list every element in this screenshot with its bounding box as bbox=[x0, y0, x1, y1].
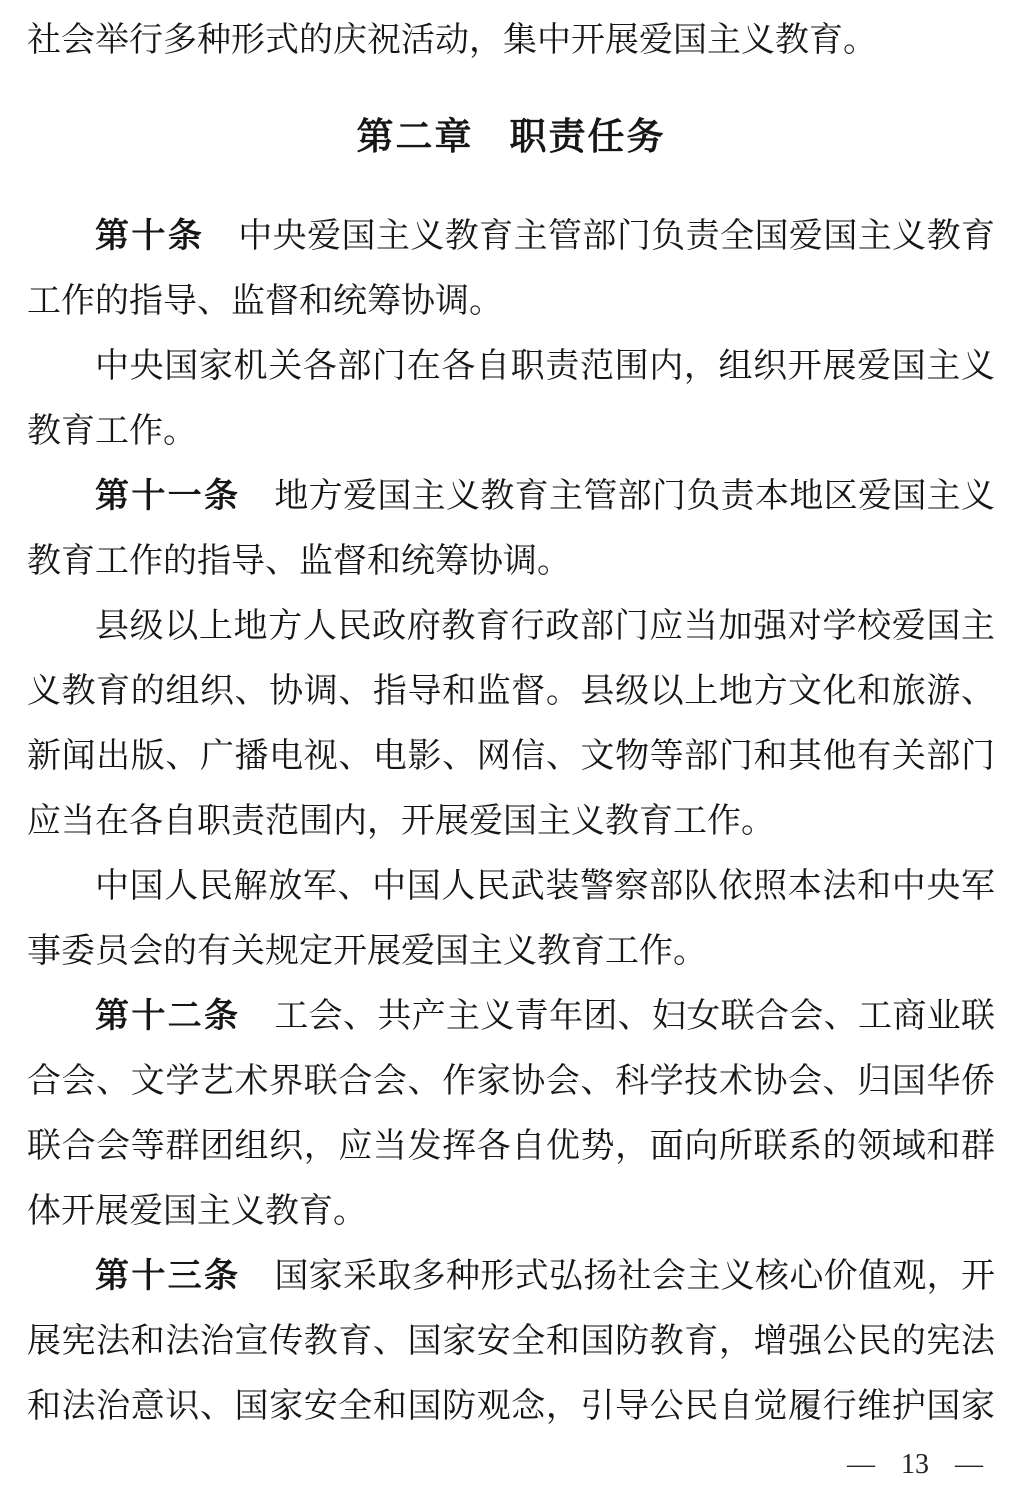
body-line: 第十三条国家采取多种形式弘扬社会主义核心价值观，开 bbox=[27, 1244, 995, 1309]
body-line: 县级以上地方人民政府教育行政部门应当加强对学校爱国主 bbox=[27, 594, 995, 659]
article-number: 第十二条 bbox=[95, 997, 240, 1035]
chapter-title: 职责任务 bbox=[510, 116, 666, 157]
body-line: 合会、文学艺术界联合会、作家协会、科学技术协会、归国华侨 bbox=[27, 1049, 995, 1114]
body-line: 教育工作的指导、监督和统筹协调。 bbox=[27, 529, 995, 594]
page-content: 社会举行多种形式的庆祝活动，集中开展爱国主义教育。 第二章职责任务 第十条中央爱… bbox=[27, 8, 995, 1439]
body-line: 新闻出版、广播电视、电影、网信、文物等部门和其他有关部门 bbox=[27, 724, 995, 789]
body-line: 和法治意识、国家安全和国防观念，引导公民自觉履行维护国家 bbox=[27, 1374, 995, 1439]
body-line: 教育工作。 bbox=[27, 399, 995, 464]
chapter-number: 第二章 bbox=[357, 116, 474, 157]
body-line: 第十条中央爱国主义教育主管部门负责全国爱国主义教育 bbox=[27, 204, 995, 269]
body-line-text: 工会、共产主义青年团、妇女联合会、工商业联 bbox=[274, 998, 995, 1035]
body-line: 工作的指导、监督和统筹协调。 bbox=[27, 269, 995, 334]
body-line: 第十一条地方爱国主义教育主管部门负责本地区爱国主义 bbox=[27, 464, 995, 529]
page-number: 13 bbox=[901, 1448, 929, 1482]
chapter-heading: 第二章职责任务 bbox=[27, 104, 995, 169]
article-number: 第十条 bbox=[95, 217, 204, 255]
footer-dash-right: — bbox=[955, 1448, 983, 1482]
document-page: 社会举行多种形式的庆祝活动，集中开展爱国主义教育。 第二章职责任务 第十条中央爱… bbox=[0, 0, 1022, 1511]
body-line: 义教育的组织、协调、指导和监督。县级以上地方文化和旅游、 bbox=[27, 659, 995, 724]
body-line: 展宪法和法治宣传教育、国家安全和国防教育，增强公民的宪法 bbox=[27, 1309, 995, 1374]
body-line-text: 地方爱国主义教育主管部门负责本地区爱国主义 bbox=[274, 478, 995, 515]
body-line: 体开展爱国主义教育。 bbox=[27, 1179, 995, 1244]
footer-dash-left: — bbox=[847, 1448, 875, 1482]
body-line: 社会举行多种形式的庆祝活动，集中开展爱国主义教育。 bbox=[27, 8, 995, 73]
body-line: 应当在各自职责范围内，开展爱国主义教育工作。 bbox=[27, 789, 995, 854]
body-line: 第十二条工会、共产主义青年团、妇女联合会、工商业联 bbox=[27, 984, 995, 1049]
article-number: 第十一条 bbox=[95, 477, 240, 515]
body-line: 中国人民解放军、中国人民武装警察部队依照本法和中央军 bbox=[27, 854, 995, 919]
article-number: 第十三条 bbox=[95, 1257, 240, 1295]
body-line-text: 国家采取多种形式弘扬社会主义核心价值观，开 bbox=[274, 1258, 995, 1295]
body-line: 中央国家机关各部门在各自职责范围内，组织开展爱国主义 bbox=[27, 334, 995, 399]
body-line-text: 中央爱国主义教育主管部门负责全国爱国主义教育 bbox=[238, 218, 995, 255]
body-line: 联合会等群团组织，应当发挥各自优势，面向所联系的领域和群 bbox=[27, 1114, 995, 1179]
page-footer: — 13 — bbox=[847, 1448, 983, 1482]
body-line: 事委员会的有关规定开展爱国主义教育工作。 bbox=[27, 919, 995, 984]
